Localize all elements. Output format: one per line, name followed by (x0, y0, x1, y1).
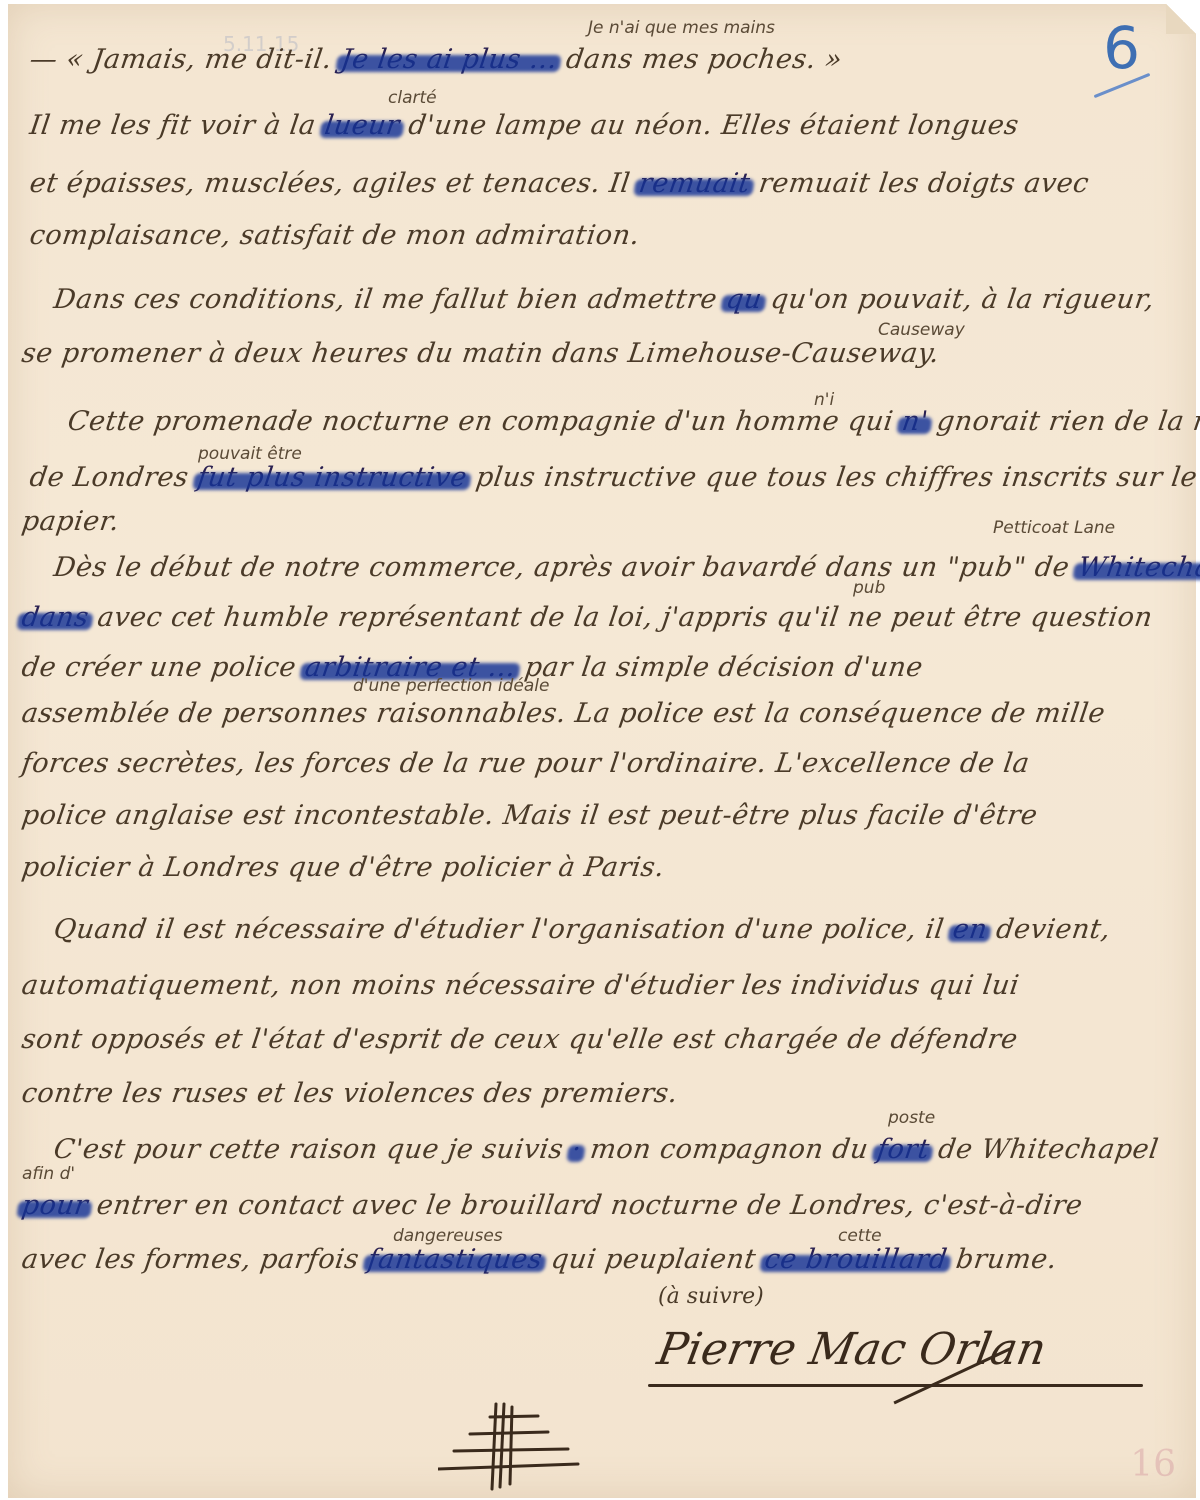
line-text: et épaisses, musclées, agiles et tenaces… (28, 168, 632, 199)
line-text: par la simple décision d'une (523, 652, 925, 683)
struck-text: pour (20, 1190, 90, 1221)
line-text: avec cet humble représentant de la loi, … (96, 602, 1155, 633)
line-text: dans mes poches. » (564, 44, 844, 75)
text-line: policier à Londres que d'être policier à… (20, 852, 667, 883)
text-line: dans avec cet humble représentant de la … (20, 602, 1155, 633)
struck-text: qu (724, 284, 764, 315)
signature-underline (648, 1384, 1143, 1387)
line-text: de Whitechapel (936, 1134, 1160, 1165)
struck-text: Whitechapel, (1076, 552, 1200, 583)
insertion: dangereuses (393, 1226, 503, 1246)
text-line: assemblée de personnes raisonnables. La … (20, 698, 1107, 729)
struck-text: en (951, 914, 990, 945)
line-text: Dès le début de notre commerce, après av… (52, 552, 1072, 583)
struck-text: n' (900, 406, 930, 437)
text-line: complaisance, satisfait de mon admiratio… (28, 220, 642, 251)
text-line: pour entrer en contact avec le brouillar… (20, 1190, 1085, 1221)
line-text: mon compagnon du (588, 1134, 870, 1165)
text-line: Dès le début de notre commerce, après av… (52, 552, 1200, 583)
line-text: — « Jamais, me dit-il. (28, 44, 334, 75)
line-text: de Londres (28, 462, 191, 493)
folded-corner (1166, 4, 1196, 34)
line-text: qui peuplaient (549, 1244, 758, 1275)
line-text: Cette promenade nocturne en compagnie d'… (66, 406, 895, 437)
text-line: automatiquement, non moins nécessaire d'… (20, 970, 1021, 1001)
to-be-continued: (à suivre) (658, 1284, 764, 1309)
line-text: gnorait rien de la rue (935, 406, 1200, 437)
text-line: de Londres fut plus instructive plus ins… (28, 462, 1200, 493)
text-line: C'est pour cette raison que je suivis · … (52, 1134, 1161, 1165)
text-line: Il me les fit voir à la lueur d'une lamp… (28, 110, 1021, 141)
text-line: sont opposés et l'état d'esprit de ceux … (20, 1024, 1020, 1055)
text-line: Cette promenade nocturne en compagnie d'… (66, 406, 1200, 437)
struck-text: fort (875, 1134, 931, 1165)
text-line: Dans ces conditions, il me fallut bien a… (52, 284, 1157, 315)
page-number: 6 (1103, 14, 1140, 82)
line-text: avec les formes, parfois (20, 1244, 361, 1275)
text-line: papier. (20, 506, 122, 537)
insertion: pouvait être (198, 444, 302, 464)
struck-text: · (570, 1134, 583, 1165)
line-text: Il me les fit voir à la (28, 110, 318, 141)
line-text: qu'on pouvait, à la rigueur, (769, 284, 1157, 315)
struck-text: remuait (637, 168, 752, 199)
text-line: police anglaise est incontestable. Mais … (20, 800, 1040, 831)
line-text: inscrits sur le (1000, 462, 1199, 493)
line-text: Quand il est nécessaire d'étudier l'orga… (52, 914, 946, 945)
struck-text: ce brouillard (763, 1244, 950, 1275)
insertion: cette (838, 1226, 882, 1246)
insertion: afin d' (22, 1164, 75, 1184)
line-text: remuait les doigts avec (757, 168, 1091, 199)
insertion: clarté (388, 88, 437, 108)
insertion: d'une perfection idéale (353, 676, 549, 696)
insertion: Petticoat Lane (993, 518, 1115, 538)
text-line: contre les ruses et les violences des pr… (20, 1078, 680, 1109)
faint-red-mark: 16 (1130, 1444, 1176, 1485)
text-line: — « Jamais, me dit-il. Je les ai plus ..… (28, 44, 844, 75)
struck-text: fut plus instructive (195, 462, 469, 493)
line-text: devient, (994, 914, 1112, 945)
line-text: plus instructive que tous les chiffres (474, 462, 996, 493)
line-text: Dans ces conditions, il me fallut bien a… (52, 284, 719, 315)
text-line: et épaisses, musclées, agiles et tenaces… (28, 168, 1091, 199)
signature: Pierre Mac Orlan (654, 1324, 1050, 1375)
text-line: avec les formes, parfois fantastiques qu… (20, 1244, 1059, 1275)
struck-text: lueur (323, 110, 402, 141)
line-text: entrer en contact avec le brouillard noc… (95, 1190, 1085, 1221)
insertion: poste (888, 1108, 935, 1128)
insertion: Je n'ai que mes mains (588, 18, 775, 38)
hash-mark-icon (438, 1399, 588, 1494)
struck-text: fantastiques (366, 1244, 545, 1275)
text-line: se promener à deux heures du matin dans … (20, 338, 942, 369)
line-text: C'est pour cette raison que je suivis (52, 1134, 565, 1165)
manuscript-page: 5.11.15 6 Je n'ai que mes mains — « Jama… (8, 4, 1196, 1498)
line-text: brume. (954, 1244, 1059, 1275)
line-text: de créer une police (20, 652, 298, 683)
insertion: Causeway (878, 320, 965, 340)
struck-text: dans (20, 602, 91, 633)
text-line: Quand il est nécessaire d'étudier l'orga… (52, 914, 1113, 945)
line-text: d'une lampe au néon. Elles étaient longu… (407, 110, 1021, 141)
struck-text: Je les ai plus ... (339, 44, 560, 75)
text-line: forces secrètes, les forces de la rue po… (20, 748, 1032, 779)
